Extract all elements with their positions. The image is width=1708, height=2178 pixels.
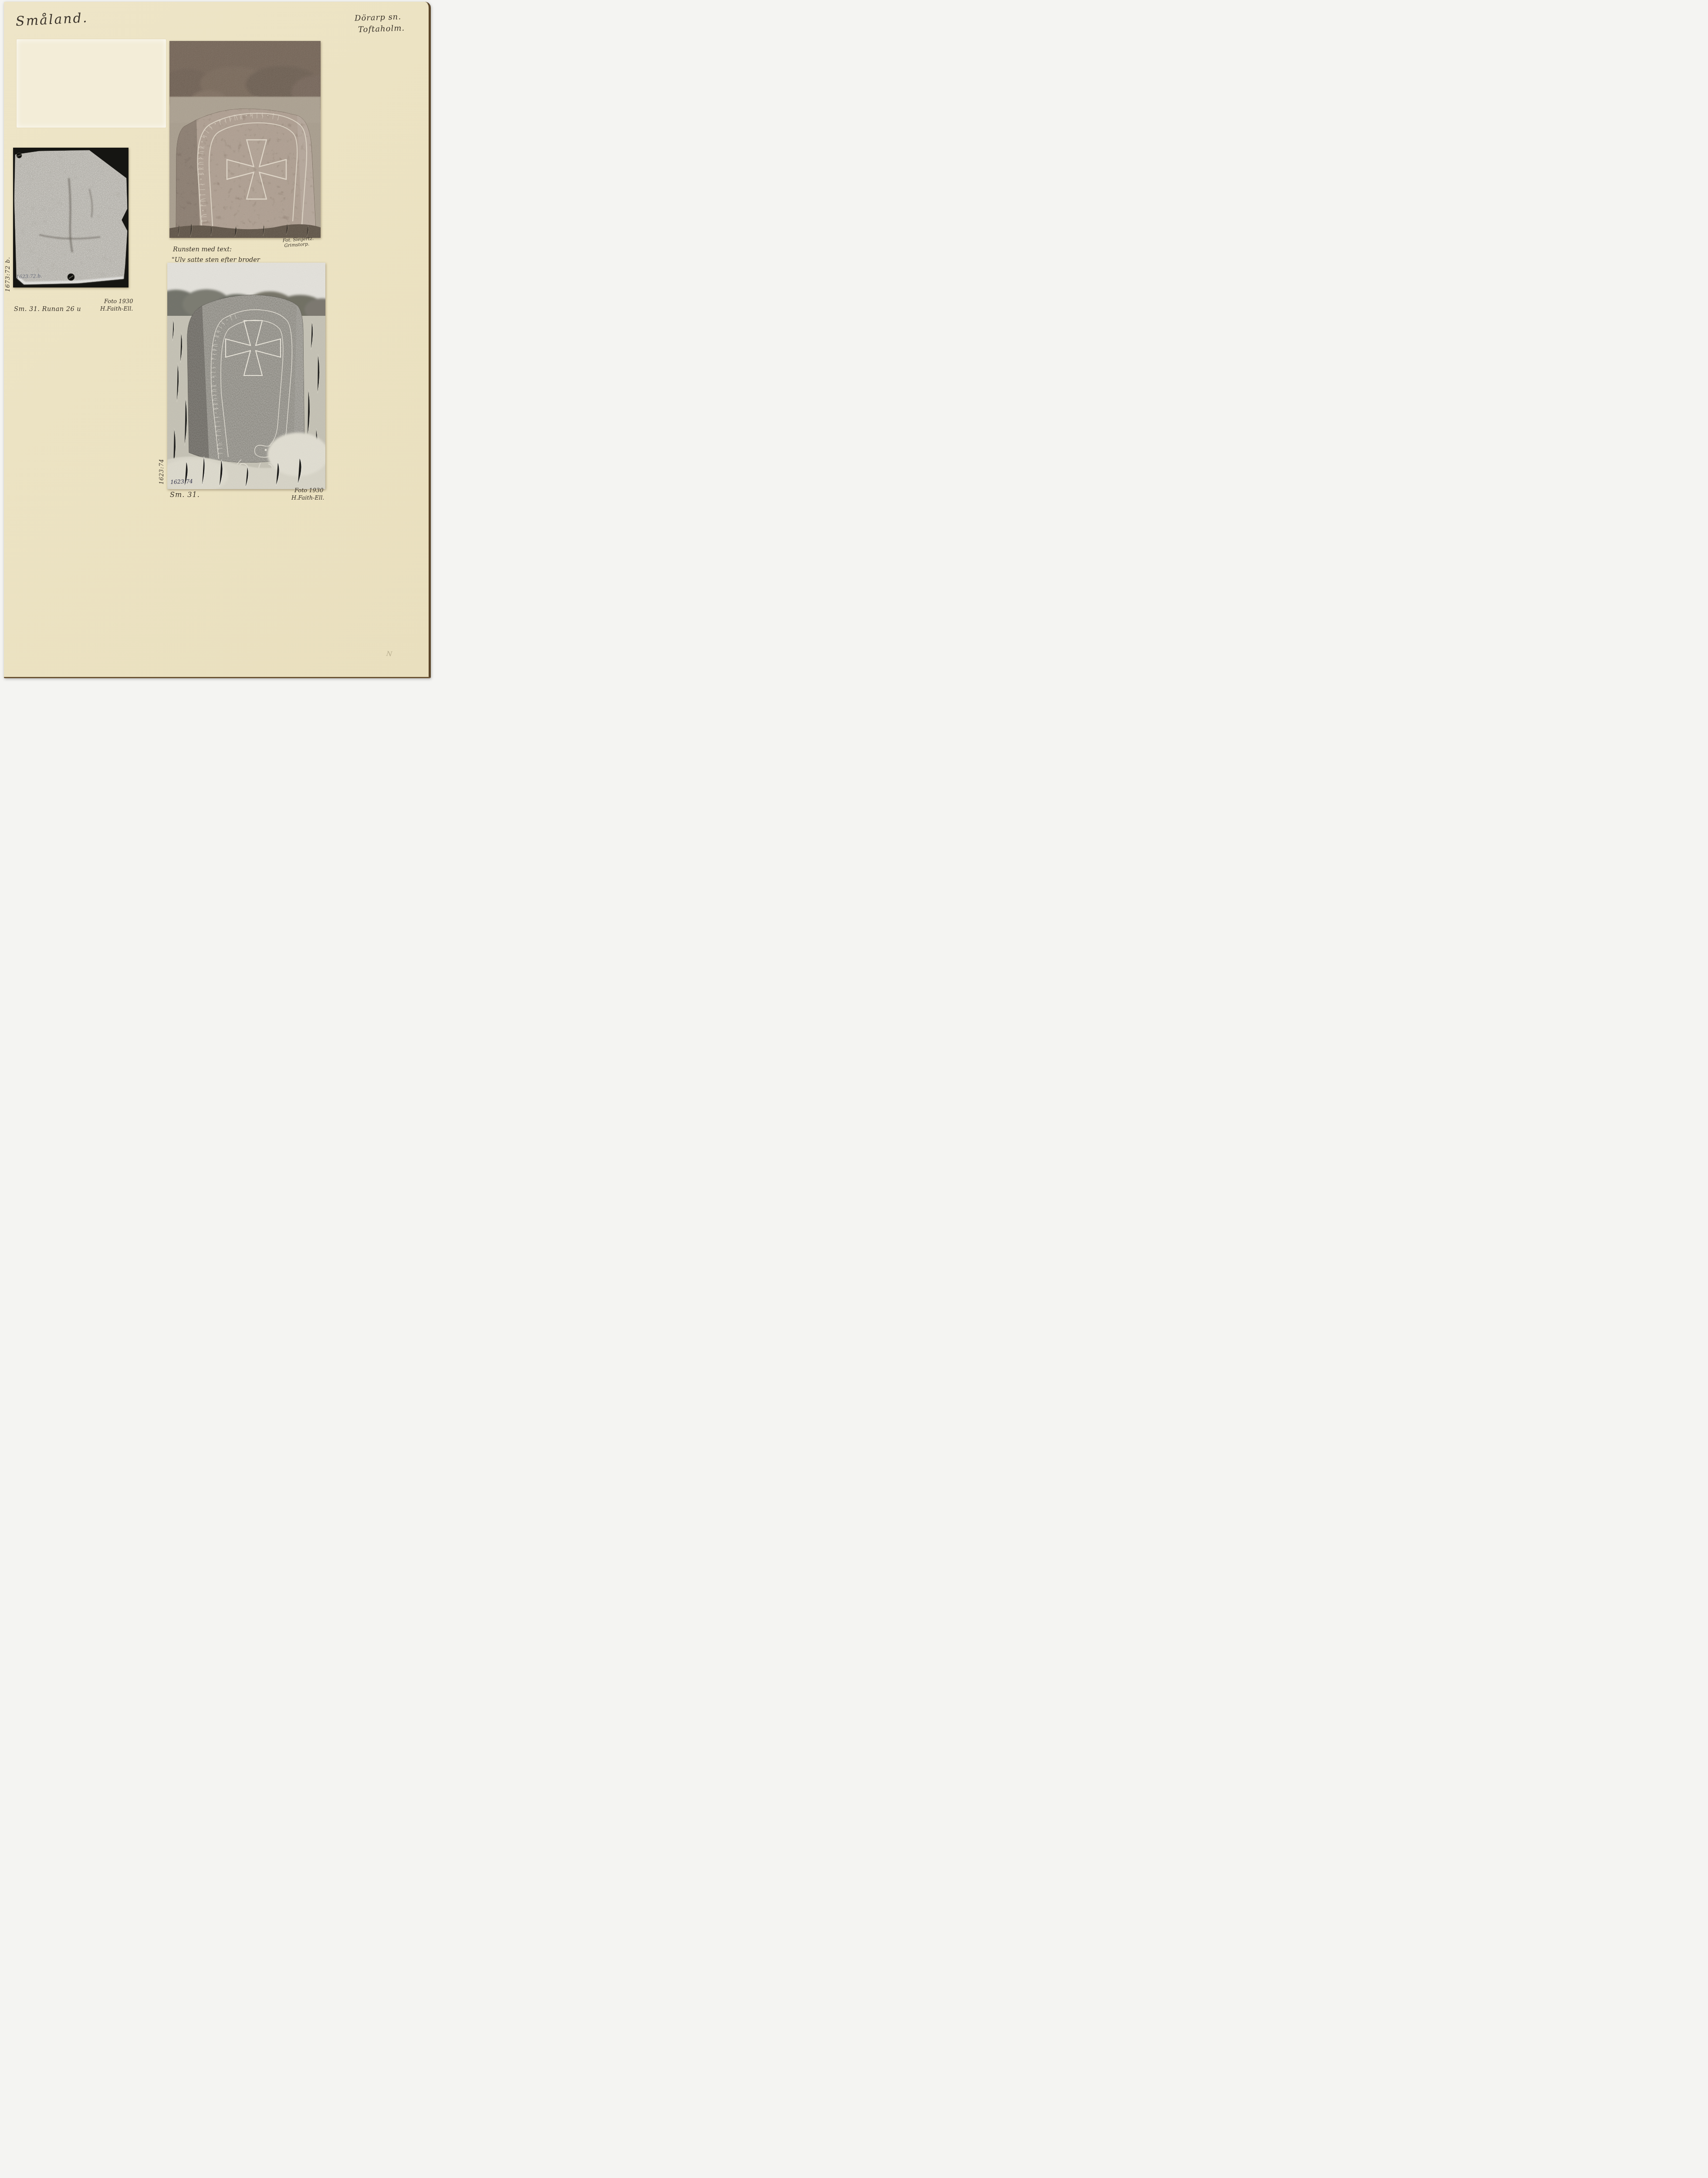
mounting-screw-bottom [68, 274, 74, 281]
meadow-archive-number: 1623:74 [158, 459, 165, 484]
cast-credit: Foto 1930 H.Faith-Ell. [100, 298, 133, 313]
meadow-credit-line1: Foto 1930 [291, 487, 324, 494]
meadow-credit: Foto 1930 H.Faith-Ell. [291, 487, 324, 502]
cast-archive-number: 1673:72 b. [5, 257, 11, 292]
cast-credit-line2: H.Faith-Ell. [100, 305, 133, 313]
meadow-credit-line2: H.Faith-Ell. [291, 494, 324, 502]
stone-cast-photo-image [13, 148, 129, 287]
pencil-mark: N [386, 649, 392, 658]
meadow-caption: Sm. 31. [170, 490, 200, 499]
cast-on-photo-number: 1623:72.b. [16, 273, 42, 280]
cast-caption: Sm. 31. Runan 26 u [14, 306, 81, 313]
stone-cast-photo: 1623:72.b. [13, 148, 129, 287]
meadow-on-photo-number: 1623:74 [170, 478, 193, 485]
cast-credit-line1: Foto 1930 [100, 298, 133, 305]
region-title: Småland. [15, 10, 88, 30]
runestone-photo-sepia-image: ᛚᛏᚢ᛫ᚠᚢᛏᛁᛅ᛫ᛒᚱᚢᚦᚢᚱ᛫ᛋᛁᚾ᛫ᚠᛅᚦᚢᚱ᛫ᛋᛁᚾ᛫ᛏᛁ [169, 41, 321, 238]
runestone-photo-sepia: ᛚᛏᚢ᛫ᚠᚢᛏᛁᛅ᛫ᛒᚱᚢᚦᚢᚱ᛫ᛋᛁᚾ᛫ᚠᛅᚦᚢᚱ᛫ᛋᛁᚾ᛫ᛏᛁ [169, 41, 321, 238]
mounting-screw-top [17, 153, 22, 158]
runestone-photo-light-image: ᛚᛏᚢ᛫ᚠᚢᛏᛁᛅ᛫ᛒᚱᚢᚦᚢᚱ᛫ᛋᛁᚾ᛫ᚠᛅᚦᚢ᛫ᚱᛋᛁᚾ᛫ᛏᛁ [167, 263, 325, 489]
cast-stone-fragment [14, 150, 127, 284]
scanned-album-page-canvas: { "page": { "region_label": "Småland.", … [0, 0, 446, 684]
album-page: Småland. Dörarp sn. Toftaholm. [4, 2, 431, 678]
summer-photographer-credit: Fot. Sleijertz. Grimstorp. [282, 236, 314, 249]
removed-photo-patch [17, 39, 166, 128]
summer-caption-line1: Runsten med text: [173, 246, 232, 253]
runestone-photo-light: ᛚᛏᚢ᛫ᚠᚢᛏᛁᛅ᛫ᛒᚱᚢᚦᚢᚱ᛫ᛋᛁᚾ᛫ᚠᛅᚦᚢ᛫ᚱᛋᛁᚾ᛫ᛏᛁ 1623:7… [167, 263, 325, 489]
parish-label: Dörarp sn. [355, 12, 402, 23]
site-label: Toftaholm. [358, 24, 405, 34]
